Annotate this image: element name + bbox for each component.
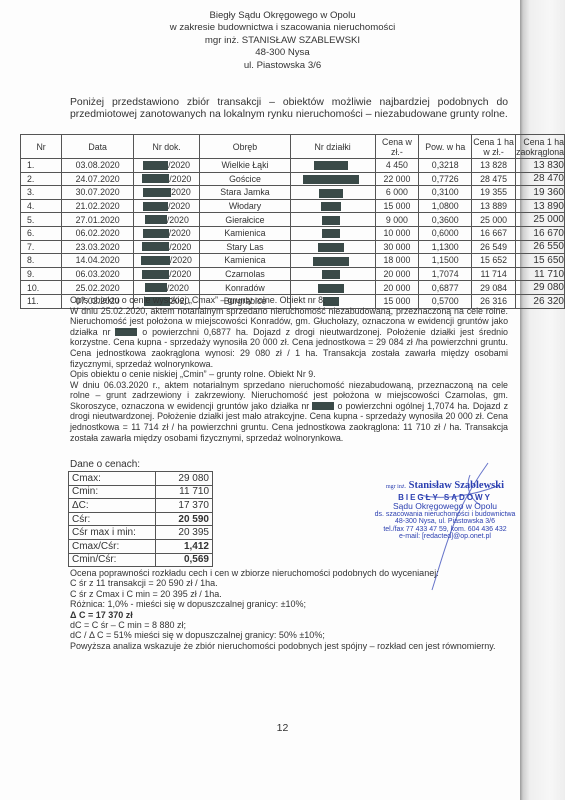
cell-parcel-number: [290, 159, 375, 173]
table-row: 2.24.07.2020/2020Gościce22 0000,772628 4…: [21, 172, 565, 186]
cell-price-rounded: 13 890: [516, 199, 565, 213]
cell-area: 1,1500: [419, 254, 472, 268]
distribution-analysis: Ocena poprawności rozkładu cech i cen w …: [70, 568, 508, 651]
redacted-parcel-number: [314, 161, 348, 170]
table-row: 5.27.01.2020/2020Gierałcice9 0000,360025…: [21, 213, 565, 227]
price-data-value: 17 370: [156, 499, 213, 513]
price-data-row: Cmin/Cśr:0,569: [69, 553, 213, 567]
stamp-prefix: mgr inż.: [386, 484, 406, 490]
cell-obreb: Stary Las: [200, 240, 290, 254]
redacted-doc-number: [145, 283, 167, 292]
header-line: Biegły Sądu Okręgowego w Opolu: [0, 10, 565, 22]
cell-doc-number: /2020: [134, 267, 200, 281]
cell-doc-number: /2020: [134, 254, 200, 268]
cell-area: 0,6877: [419, 281, 472, 295]
price-data-label: Cmin/Cśr:: [69, 553, 156, 567]
price-data-value: 1,412: [156, 539, 213, 553]
cell-price: 15 000: [375, 199, 419, 213]
redacted-parcel-number: [115, 328, 137, 336]
cell-price-per-ha: 25 000: [472, 213, 516, 227]
cell-price-rounded: 13 830: [516, 159, 565, 173]
table-row: 7.23.03.2020/2020Stary Las30 0001,130026…: [21, 240, 565, 254]
col-header-data: Data: [62, 135, 134, 159]
cell-doc-number: /2020: [134, 213, 200, 227]
price-data-label: ΔC:: [69, 499, 156, 513]
cell-price-rounded: 15 650: [516, 254, 565, 268]
cell-area: 0,6000: [419, 226, 472, 240]
cell-price-rounded: 28 470: [516, 172, 565, 186]
table-header-row: Nr Data Nr dok. Obręb Nr działki Cena w …: [21, 135, 565, 159]
doc-year: /2020: [169, 174, 191, 184]
cell-price-per-ha: 15 652: [472, 254, 516, 268]
cmin-title: Opis obiektu o cenie niskiej „Cmin” – gr…: [70, 369, 508, 380]
cell-date: 27.01.2020: [62, 213, 134, 227]
redacted-parcel-number: [319, 189, 343, 198]
price-data-row: Cśr max i min:20 395: [69, 526, 213, 540]
cell-price: 4 450: [375, 159, 419, 173]
cell-parcel-number: [290, 226, 375, 240]
cell-price-rounded: 25 000: [516, 213, 565, 227]
cell-obreb: Kamienica: [200, 254, 290, 268]
cell-parcel-number: [290, 254, 375, 268]
cell-area: 1,1300: [419, 240, 472, 254]
header-line: mgr inż. STANISŁAW SZABLEWSKI: [0, 35, 565, 47]
cell-area: 0,7726: [419, 172, 472, 186]
redacted-doc-number: [142, 270, 169, 279]
redacted-doc-number: [141, 256, 170, 265]
document-header: Biegły Sądu Okręgowego w Opolu w zakresi…: [0, 10, 565, 72]
cell-obreb: Konradów: [200, 281, 290, 295]
doc-year: /2020: [168, 201, 190, 211]
price-data-value: 29 080: [156, 472, 213, 486]
cell-price: 20 000: [375, 267, 419, 281]
cell-date: 30.07.2020: [62, 186, 134, 200]
cell-price-per-ha: 26 549: [472, 240, 516, 254]
doc-year: /2020: [167, 283, 189, 293]
redacted-parcel-number: [322, 229, 340, 238]
redacted-doc-number: [143, 229, 169, 238]
cell-price: 30 000: [375, 240, 419, 254]
cell-date: 24.07.2020: [62, 172, 134, 186]
page-curl-shadow: [520, 0, 565, 800]
cell-price-rounded: 29 080: [516, 281, 565, 295]
price-data-label: Cśr:: [69, 512, 156, 526]
cell-doc-number: /2020: [134, 240, 200, 254]
cell-doc-number: /2020: [134, 172, 200, 186]
header-line: w zakresie budownictwa i szacowania nier…: [0, 22, 565, 34]
cell-nr: 7.: [21, 240, 62, 254]
price-data-label: Dane o cenach:: [70, 459, 140, 470]
analysis-line: Różnica: 1,0% - mieści się w dopuszczaln…: [70, 599, 508, 609]
price-data-row: ΔC:17 370: [69, 499, 213, 513]
cell-doc-number: 2020: [134, 186, 200, 200]
doc-year: /2020: [168, 160, 190, 170]
doc-year: /2020: [169, 269, 191, 279]
col-header-pow: Pow. w ha: [419, 135, 472, 159]
doc-year: /2020: [169, 242, 191, 252]
cell-area: 1,0800: [419, 199, 472, 213]
cell-date: 21.02.2020: [62, 199, 134, 213]
col-header-nr-dok: Nr dok.: [134, 135, 200, 159]
price-data-value: 20 395: [156, 526, 213, 540]
redacted-doc-number: [142, 242, 169, 251]
cell-doc-number: /2020: [134, 199, 200, 213]
price-data-label: Cśr max i min:: [69, 526, 156, 540]
cell-price-per-ha: 29 084: [472, 281, 516, 295]
table-row: 6.06.02.2020/2020Kamienica10 0000,600016…: [21, 226, 565, 240]
cell-nr: 9.: [21, 267, 62, 281]
table-row: 8.14.04.2020/2020Kamienica18 0001,150015…: [21, 254, 565, 268]
cell-price-per-ha: 11 714: [472, 267, 516, 281]
cell-parcel-number: [290, 199, 375, 213]
stamp-phone: tel./fax 77 433 47 59, kom. 604 436 432: [360, 526, 530, 533]
stamp-email: e-mail: [redacted]@op.onet.pl: [360, 533, 530, 540]
analysis-line: C śr z 11 transakcji = 20 590 zł / 1ha.: [70, 578, 508, 588]
cell-price-per-ha: 16 667: [472, 226, 516, 240]
cell-obreb: Kamienica: [200, 226, 290, 240]
cell-parcel-number: [290, 186, 375, 200]
cell-price-per-ha: 19 355: [472, 186, 516, 200]
analysis-line: Δ C = 17 370 zł: [70, 610, 508, 620]
redacted-parcel-number: [321, 202, 341, 211]
col-header-obreb: Obręb: [200, 135, 290, 159]
price-data-row: Cśr:20 590: [69, 512, 213, 526]
table-row: 1.03.08.2020/2020Wielkie Łąki4 4500,3218…: [21, 159, 565, 173]
cell-price-per-ha: 13 889: [472, 199, 516, 213]
col-header-nr: Nr: [21, 135, 62, 159]
cell-nr: 8.: [21, 254, 62, 268]
stamp-scope: ds. szacowania nieruchomości i budownict…: [360, 511, 530, 518]
cell-price: 18 000: [375, 254, 419, 268]
cell-doc-number: /2020: [134, 226, 200, 240]
cell-nr: 1.: [21, 159, 62, 173]
cell-date: 23.03.2020: [62, 240, 134, 254]
cell-date: 25.02.2020: [62, 281, 134, 295]
cell-obreb: Gierałcice: [200, 213, 290, 227]
redacted-doc-number: [143, 161, 168, 170]
cell-doc-number: /2020: [134, 159, 200, 173]
price-data-row: Cmax:29 080: [69, 472, 213, 486]
cell-date: 06.03.2020: [62, 267, 134, 281]
cell-nr: 11.: [21, 294, 62, 308]
price-data-value: 20 590: [156, 512, 213, 526]
intro-paragraph: Poniżej przedstawiono zbiór transakcji –…: [70, 97, 508, 120]
cell-price-per-ha: 28 475: [472, 172, 516, 186]
analysis-line: Ocena poprawności rozkładu cech i cen w …: [70, 568, 508, 578]
table-row: 9.06.03.2020/2020Czarnolas20 0001,707411…: [21, 267, 565, 281]
table-row: 3.30.07.20202020Stara Jamka6 0000,310019…: [21, 186, 565, 200]
price-data-value: 0,569: [156, 553, 213, 567]
cell-price-rounded: 19 360: [516, 186, 565, 200]
cell-area: 0,3218: [419, 159, 472, 173]
stamp-name: Stanisław Szablewski: [409, 480, 504, 491]
price-data-row: Cmin:11 710: [69, 485, 213, 499]
cell-price: 22 000: [375, 172, 419, 186]
stamp-address: 48-300 Nysa, ul. Piastowska 3/6: [360, 518, 530, 525]
analysis-line: C śr z Cmax i C min = 20 395 zł / 1ha.: [70, 589, 508, 599]
cell-date: 14.04.2020: [62, 254, 134, 268]
cell-price: 10 000: [375, 226, 419, 240]
cell-area: 0,3600: [419, 213, 472, 227]
table-row: 4.21.02.2020/2020Włodary15 0001,080013 8…: [21, 199, 565, 213]
price-data-label: Cmin:: [69, 485, 156, 499]
cell-parcel-number: [290, 281, 375, 295]
redacted-doc-number: [142, 174, 169, 183]
col-header-cena: Cena w zł.-: [375, 135, 419, 159]
col-header-cena-ha: Cena 1 ha w zł.-: [472, 135, 516, 159]
cell-parcel-number: [290, 240, 375, 254]
price-data-row: Cmax/Cśr:1,412: [69, 539, 213, 553]
stamp-court: Sądu Okręgowego w Opolu: [360, 502, 530, 511]
expert-stamp: mgr inż. Stanisław Szablewski BIEGŁY SĄD…: [360, 480, 530, 541]
cell-price: 6 000: [375, 186, 419, 200]
col-header-nr-dzialki: Nr działki: [290, 135, 375, 159]
cell-nr: 10.: [21, 281, 62, 295]
col-header-cena-zaokr: Cena 1 ha zaokrąglona: [516, 135, 565, 159]
cell-nr: 3.: [21, 186, 62, 200]
doc-year: /2020: [167, 215, 189, 225]
redacted-doc-number: [143, 188, 172, 197]
cell-price-per-ha: 13 828: [472, 159, 516, 173]
price-data-table: Cmax:29 080Cmin:11 710ΔC:17 370Cśr:20 59…: [68, 471, 213, 567]
cmax-title: Opis obiektu o cenie wysokiej „Cmax” – g…: [70, 295, 508, 306]
cell-price-rounded: 16 670: [516, 226, 565, 240]
cell-area: 0,3100: [419, 186, 472, 200]
doc-year: /2020: [170, 255, 192, 265]
cell-nr: 6.: [21, 226, 62, 240]
cell-nr: 5.: [21, 213, 62, 227]
cell-obreb: Stara Jamka: [200, 186, 290, 200]
cell-obreb: Gościce: [200, 172, 290, 186]
redacted-parcel-number: [318, 284, 344, 293]
header-line: 48-300 Nysa: [0, 47, 565, 59]
cell-area: 1,7074: [419, 267, 472, 281]
cell-nr: 2.: [21, 172, 62, 186]
doc-year: 2020: [171, 187, 191, 197]
redacted-parcel-number: [322, 216, 340, 225]
table-row: 10.25.02.2020/2020Konradów20 0000,687729…: [21, 281, 565, 295]
cell-nr: 4.: [21, 199, 62, 213]
page-number: 12: [0, 722, 565, 734]
cell-doc-number: /2020: [134, 281, 200, 295]
cell-price-rounded: 26 320: [516, 294, 565, 308]
redacted-parcel-number: [313, 257, 349, 266]
cell-price: 9 000: [375, 213, 419, 227]
redacted-parcel-number: [303, 175, 359, 184]
transactions-table: Nr Data Nr dok. Obręb Nr działki Cena w …: [20, 134, 565, 309]
cell-obreb: Czarnolas: [200, 267, 290, 281]
cmin-description: Opis obiektu o cenie niskiej „Cmin” – gr…: [70, 369, 508, 443]
cell-price-rounded: 11 710: [516, 267, 565, 281]
analysis-conclusion: Powyższa analiza wskazuje że zbiór nieru…: [70, 641, 508, 651]
header-line: ul. Piastowska 3/6: [0, 60, 565, 72]
price-data-label: Cmax:: [69, 472, 156, 486]
price-data-value: 11 710: [156, 485, 213, 499]
cmax-description: Opis obiektu o cenie wysokiej „Cmax” – g…: [70, 295, 508, 369]
cell-obreb: Włodary: [200, 199, 290, 213]
redacted-parcel-number: [318, 243, 344, 252]
cell-price-rounded: 26 550: [516, 240, 565, 254]
analysis-line: dC / Δ C = 51% mieści się w dopuszczalne…: [70, 630, 508, 640]
cell-date: 03.08.2020: [62, 159, 134, 173]
cell-obreb: Wielkie Łąki: [200, 159, 290, 173]
price-data-label: Cmax/Cśr:: [69, 539, 156, 553]
cell-parcel-number: [290, 213, 375, 227]
doc-year: /2020: [169, 228, 191, 238]
cell-date: 06.02.2020: [62, 226, 134, 240]
redacted-doc-number: [143, 202, 168, 211]
cell-parcel-number: [290, 267, 375, 281]
redacted-parcel-number: [312, 402, 334, 410]
cell-price: 20 000: [375, 281, 419, 295]
analysis-line: dC = C śr – C min = 8 880 zł;: [70, 620, 508, 630]
redacted-parcel-number: [322, 270, 340, 279]
redacted-doc-number: [145, 215, 167, 224]
cell-parcel-number: [290, 172, 375, 186]
